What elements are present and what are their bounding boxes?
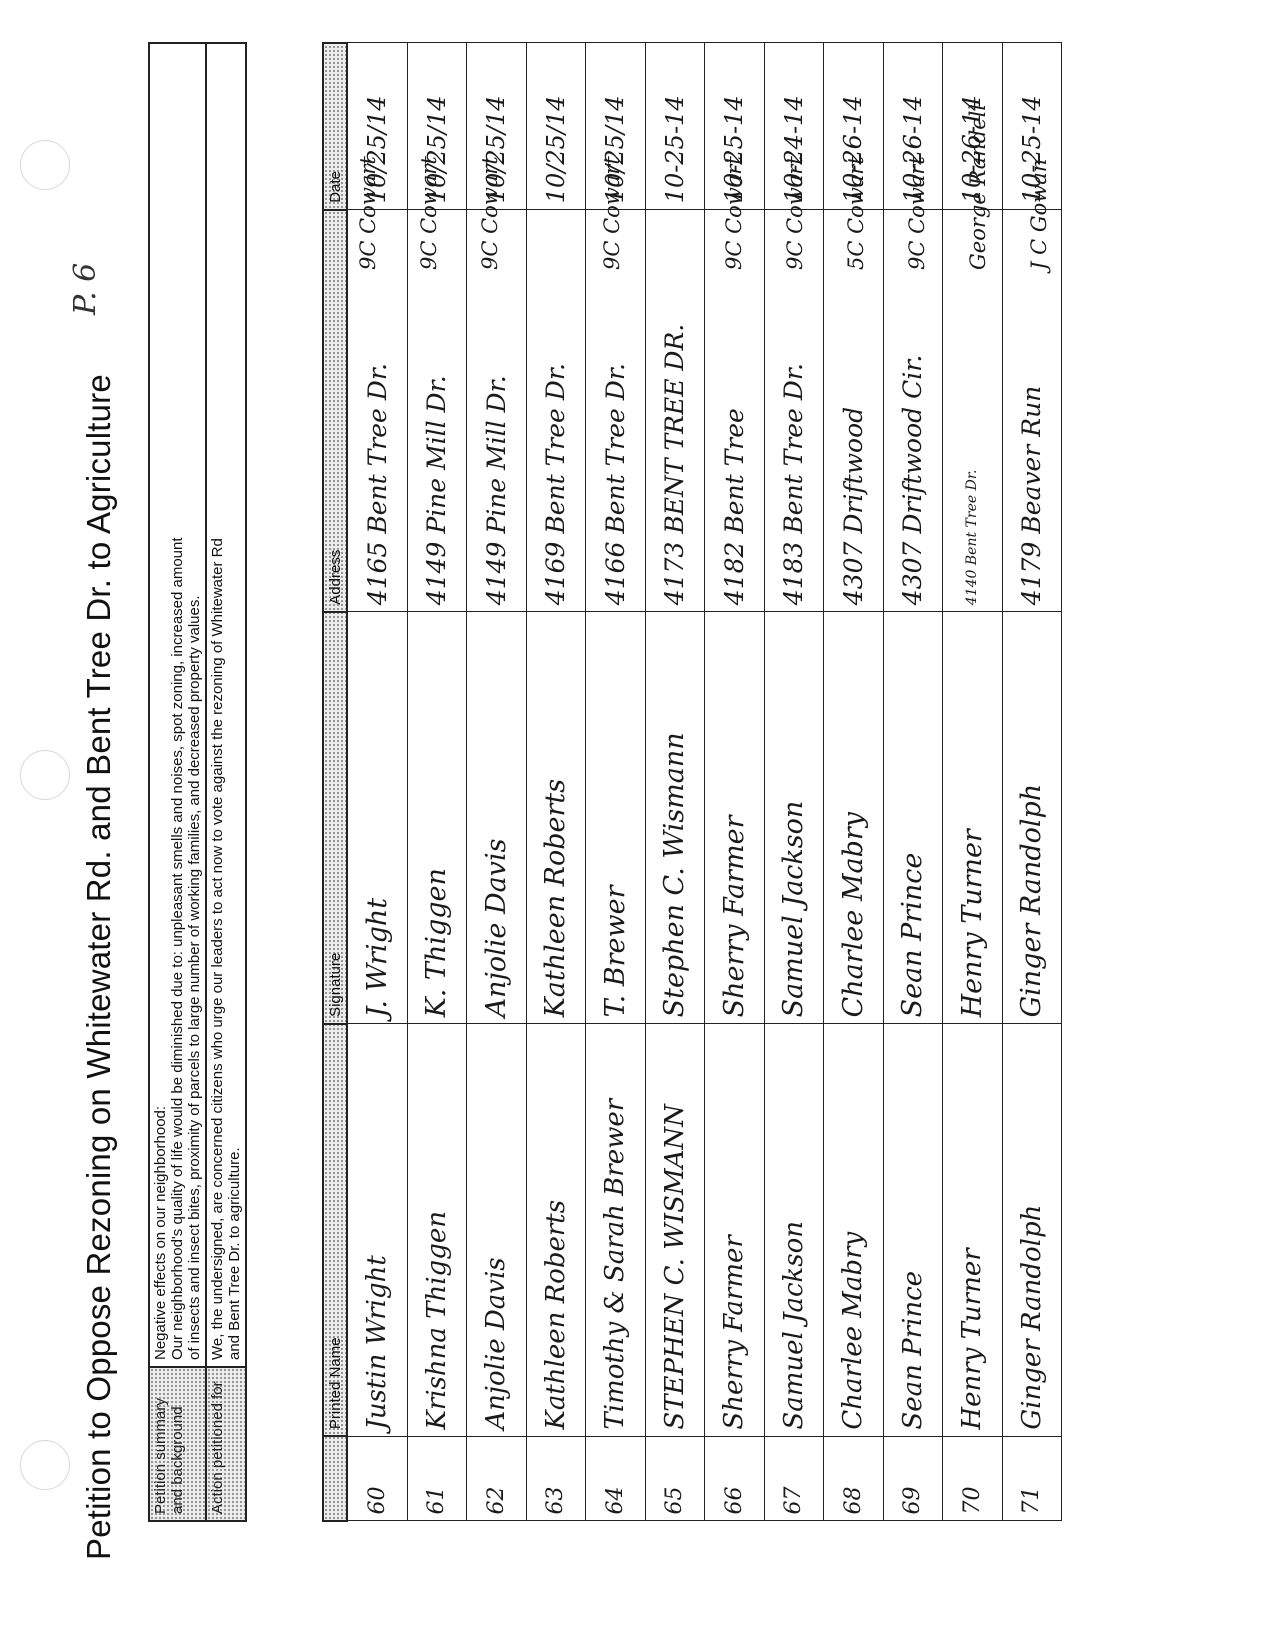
signature-cell: Anjolie Davis — [467, 612, 527, 1024]
printed-name-cell: Anjolie Davis — [467, 1024, 527, 1436]
address-cell: 4307 Driftwood — [824, 210, 884, 612]
column-header-address: Address — [323, 210, 347, 612]
row-number-cell: 69 — [883, 1436, 943, 1521]
date-cell: 10/25/14 — [526, 43, 586, 210]
address-cell: 4149 Pine Mill Dr. — [467, 210, 527, 612]
row-number-cell: 70 — [943, 1436, 1003, 1521]
margin-note: 9C Cowart — [358, 156, 378, 270]
column-header-number — [323, 1436, 347, 1521]
signature-cell: Sherry Farmer — [705, 612, 765, 1024]
signature-cell: T. Brewer — [586, 612, 646, 1024]
address-cell: 4165 Bent Tree Dr. — [347, 210, 407, 612]
petition-sheet: P. 6 Petition to Oppose Rezoning on Whit… — [60, 40, 1140, 1600]
action-label: Action petitioned for — [206, 1367, 246, 1521]
margin-note: 9C Cowart — [419, 156, 439, 270]
row-number-cell: 67 — [764, 1436, 824, 1521]
summary-line: Our neighborhood's quality of life would… — [169, 50, 186, 1360]
margin-note: George Randell — [968, 104, 988, 270]
action-line: and Bent Tree Dr. to agriculture. — [226, 50, 243, 1360]
margin-note: 9C Cowart — [480, 156, 500, 270]
row-number-cell: 71 — [1002, 1436, 1062, 1521]
printed-name-cell: Sherry Farmer — [705, 1024, 765, 1436]
signature-cell: Sean Prince — [883, 612, 943, 1024]
summary-label: Petition summary and background — [149, 1367, 206, 1521]
signature-cell: Henry Turner — [943, 612, 1003, 1024]
address-cell: 4307 Driftwood Cir. — [883, 210, 943, 612]
margin-note: J C Gowan — [1029, 159, 1049, 270]
printed-name-cell: Ginger Randolph — [1002, 1024, 1062, 1436]
action-text: We, the undersigned, are concerned citiz… — [206, 43, 246, 1367]
margin-note: 9C Cowart — [724, 156, 744, 270]
column-header-date: Date — [323, 43, 347, 210]
action-line: We, the undersigned, are concerned citiz… — [209, 50, 226, 1360]
address-cell: 4166 Bent Tree Dr. — [586, 210, 646, 612]
signature-cell: Stephen C. Wismann — [645, 612, 705, 1024]
printed-name-cell: Samuel Jackson — [764, 1024, 824, 1436]
signature-cell: Charlee Mabry — [824, 612, 884, 1024]
printed-name-cell: STEPHEN C. WISMANN — [645, 1024, 705, 1436]
page-marker: P. 6 — [68, 263, 103, 315]
printed-name-cell: Sean Prince — [883, 1024, 943, 1436]
petition-summary-table: Petition summary and background Negative… — [148, 42, 247, 1522]
margin-note: 9C Cowart — [785, 156, 805, 270]
signature-table-header: Printed Name Signature Address Date — [323, 43, 347, 1521]
summary-line: Negative effects on our neighborhood: — [152, 50, 169, 1360]
summary-text: Negative effects on our neighborhood: Ou… — [149, 43, 206, 1367]
row-number-cell: 65 — [645, 1436, 705, 1521]
row-number-cell: 63 — [526, 1436, 586, 1521]
printed-name-cell: Justin Wright — [347, 1024, 407, 1436]
address-cell: 4169 Bent Tree Dr. — [526, 210, 586, 612]
printed-name-cell: Timothy & Sarah Brewer — [586, 1024, 646, 1436]
row-number-cell: 64 — [586, 1436, 646, 1521]
action-row: Action petitioned for We, the undersigne… — [206, 43, 246, 1521]
petition-title: Petition to Oppose Rezoning on Whitewate… — [80, 374, 118, 1560]
address-cell: 4183 Bent Tree Dr. — [764, 210, 824, 612]
address-cell: 4149 Pine Mill Dr. — [407, 210, 467, 612]
printed-name-cell: Kathleen Roberts — [526, 1024, 586, 1436]
signature-cell: Kathleen Roberts — [526, 612, 586, 1024]
row-number-cell: 62 — [467, 1436, 527, 1521]
printed-name-cell: Krishna Thiggen — [407, 1024, 467, 1436]
signature-cell: J. Wright — [347, 612, 407, 1024]
row-number-cell: 61 — [407, 1436, 467, 1521]
column-header-printed-name: Printed Name — [323, 1024, 347, 1436]
column-header-signature: Signature — [323, 612, 347, 1024]
date-cell: 10-25-14 — [645, 43, 705, 210]
margin-note: 9C Cowart — [602, 156, 622, 270]
address-cell: 4182 Bent Tree — [705, 210, 765, 612]
address-cell: 4179 Beaver Run — [1002, 210, 1062, 612]
row-number-cell: 68 — [824, 1436, 884, 1521]
summary-line: of insects and insect bites, proximity o… — [186, 50, 203, 1360]
row-number-cell: 60 — [347, 1436, 407, 1521]
signature-cell: K. Thiggen — [407, 612, 467, 1024]
margin-note: 5C Cowart — [846, 156, 866, 270]
row-number-cell: 66 — [705, 1436, 765, 1521]
address-cell: 4173 BENT TREE DR. — [645, 210, 705, 612]
printed-name-cell: Henry Turner — [943, 1024, 1003, 1436]
signature-cell: Samuel Jackson — [764, 612, 824, 1024]
printed-name-cell: Charlee Mabry — [824, 1024, 884, 1436]
margin-note: 9C Cowart — [907, 156, 927, 270]
address-cell: 4140 Bent Tree Dr. — [943, 210, 1003, 612]
signature-cell: Ginger Randolph — [1002, 612, 1062, 1024]
table-row: 63Kathleen RobertsKathleen Roberts4169 B… — [526, 43, 586, 1521]
table-row: 65STEPHEN C. WISMANNStephen C. Wismann41… — [645, 43, 705, 1521]
summary-row: Petition summary and background Negative… — [149, 43, 206, 1521]
